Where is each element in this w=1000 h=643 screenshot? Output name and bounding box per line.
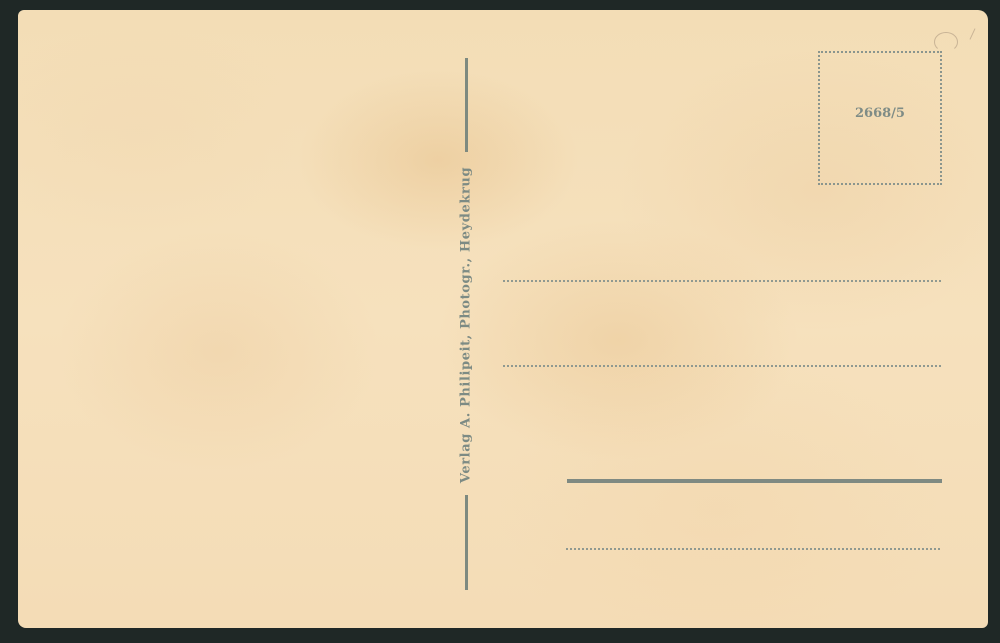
pencil-annotation: [934, 32, 958, 52]
center-divider-bottom: [465, 495, 468, 590]
pencil-annotation-tick: [970, 28, 976, 39]
center-divider-top: [465, 58, 468, 152]
stamp-box: 2668/5: [818, 51, 942, 185]
address-line-3: [567, 479, 942, 483]
address-line-4: [566, 548, 940, 550]
address-line-2: [503, 365, 941, 367]
address-line-1: [503, 280, 941, 282]
stamp-box-number: 2668/5: [820, 106, 940, 121]
publisher-imprint: Verlag A. Philipeit, Photogr., Heydekrug: [459, 167, 474, 483]
